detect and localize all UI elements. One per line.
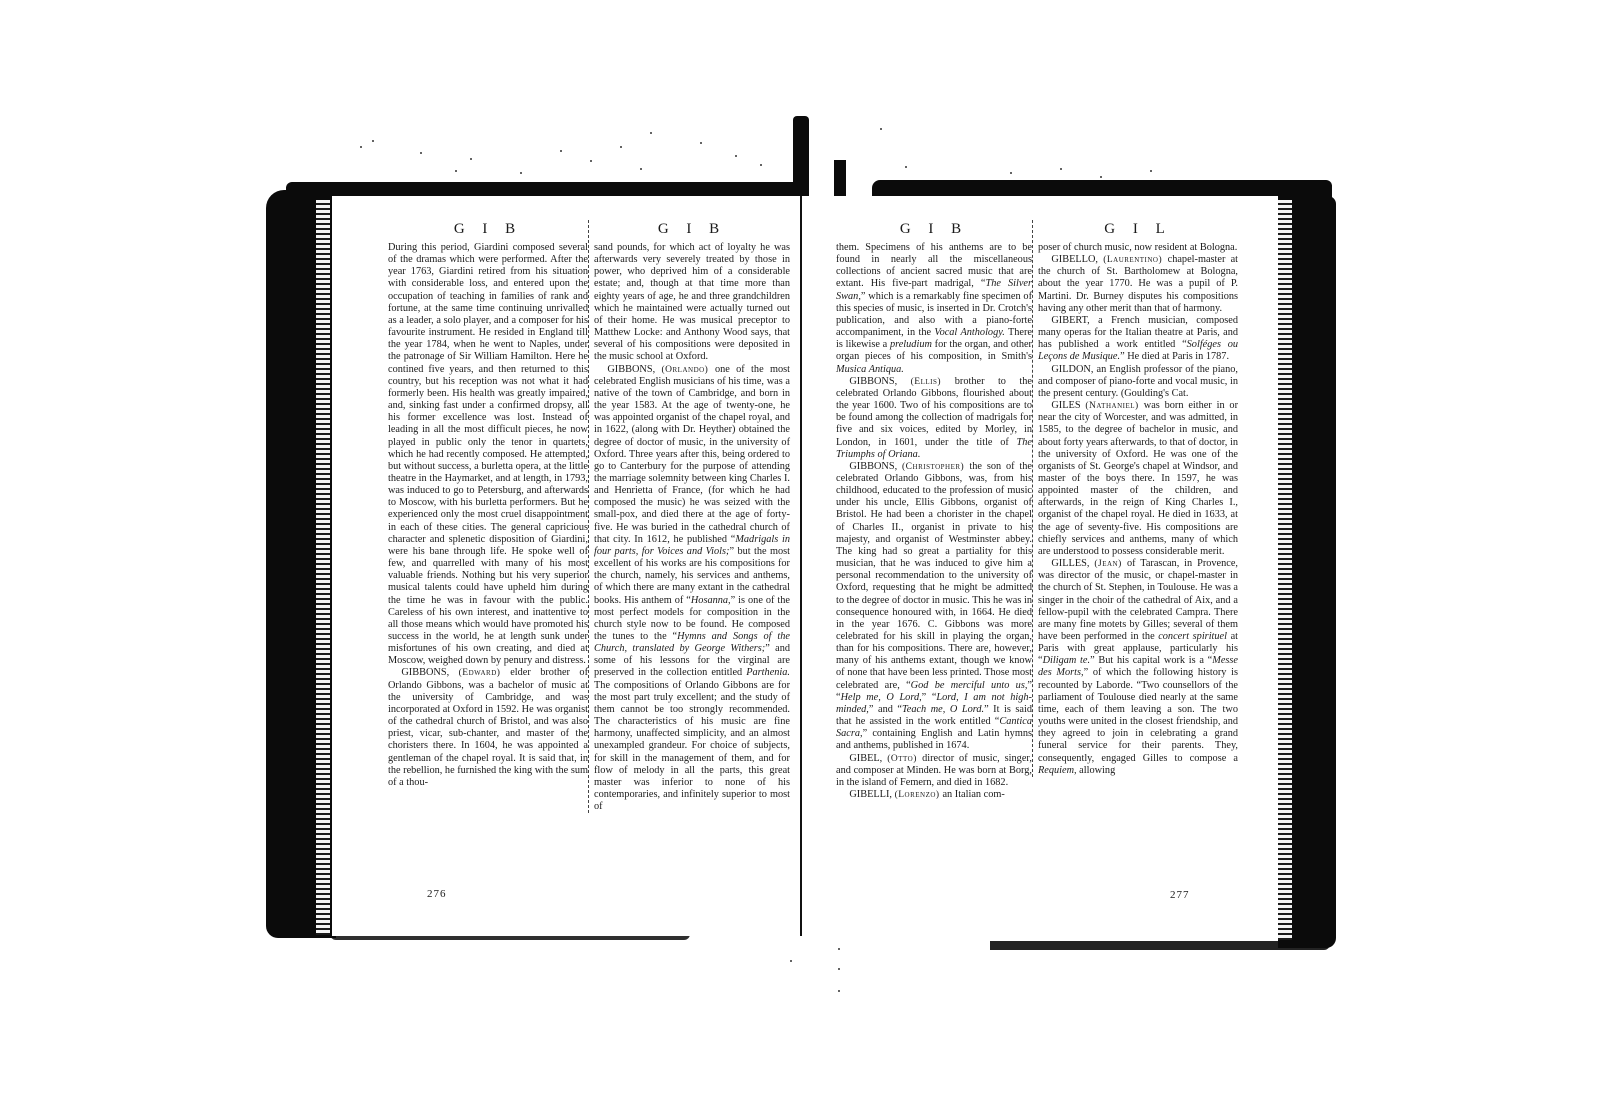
entry-forename: (Orlando) [661, 365, 714, 375]
left-page-stack [316, 200, 330, 935]
entry-name: GIBBONS, [849, 461, 902, 472]
spine-bookmark-right [834, 160, 846, 196]
entry-forename: (Edward) [459, 668, 511, 678]
scan-speckle [455, 170, 457, 172]
scan-speckle [620, 146, 622, 148]
entry-name: GILES [1051, 400, 1085, 411]
scan-speckle [650, 132, 652, 134]
dictionary-entry: GIBBONS, (Christopher) the son of the ce… [836, 461, 1032, 753]
continued-text: them. Specimens of his anthems are to be… [836, 242, 1032, 376]
scan-speckle [880, 128, 882, 130]
continued-text: poser of church music, now resident at B… [1038, 242, 1238, 254]
scan-speckle [1060, 168, 1062, 170]
scan-speckle [560, 150, 562, 152]
left-top-edge [286, 182, 806, 196]
right-page-column-2: G I Lposer of church music, now resident… [1032, 220, 1238, 777]
entry-forename: (Otto) [887, 754, 922, 764]
dictionary-entry: GILDON, an English professor of the pian… [1038, 364, 1238, 400]
dictionary-entry: GIBBONS, (Edward) elder brother of Orlan… [388, 667, 588, 789]
running-header: G I B [388, 220, 588, 238]
scan-speckle [1010, 172, 1012, 174]
scan-speckle [470, 158, 472, 160]
scan-speckle [640, 168, 642, 170]
right-page: G I Bthem. Specimens of his anthems are … [806, 196, 1278, 941]
scan-speckle [838, 968, 840, 970]
entry-forename: (Christopher) [902, 462, 969, 472]
left-page-column-2: G I Bsand pounds, for which act of loyal… [588, 220, 790, 813]
left-page: G I BDuring this period, Giardini compos… [332, 196, 800, 936]
scan-speckle [1100, 176, 1102, 178]
entry-forename: (Laurentino) [1103, 255, 1167, 265]
entry-name: GIBERT, [1051, 315, 1098, 326]
entry-name: GIBELLO, [1051, 254, 1103, 265]
entry-name: GIBELLI, [849, 789, 894, 800]
entry-name: GILDON, [1051, 364, 1096, 375]
scan-speckle [838, 948, 840, 950]
entry-name: GILLES, [1051, 558, 1094, 569]
page-number-left: 276 [427, 888, 447, 900]
running-header: G I B [594, 220, 790, 238]
right-page-column-1: G I Bthem. Specimens of his anthems are … [836, 220, 1032, 801]
scan-speckle [420, 152, 422, 154]
entry-forename: (Ellis) [911, 377, 955, 387]
open-book-scan: G I BDuring this period, Giardini compos… [0, 0, 1600, 1095]
entry-name: GIBEL, [849, 753, 887, 764]
scan-speckle [838, 990, 840, 992]
entry-forename: (Nathaniel) [1085, 401, 1143, 411]
dictionary-entry: GIBEL, (Otto) director of music, singer,… [836, 753, 1032, 789]
running-header: G I L [1038, 220, 1238, 238]
entry-forename: (Jean) [1094, 559, 1127, 569]
right-page-stack [1278, 200, 1292, 940]
scan-speckle [372, 140, 374, 142]
left-page-column-1: G I BDuring this period, Giardini compos… [388, 220, 588, 789]
page-number-right: 277 [1170, 889, 1190, 901]
dictionary-entry: GIBERT, a French musician, composed many… [1038, 315, 1238, 364]
dictionary-entry: GIBELLI, (Lorenzo) an Italian com- [836, 789, 1032, 801]
entry-name: GIBBONS, [607, 364, 661, 375]
dictionary-entry: GIBBONS, (Ellis) brother to the celebrat… [836, 376, 1032, 461]
scan-speckle [1150, 170, 1152, 172]
scan-speckle [790, 960, 792, 962]
entry-forename: (Lorenzo) [895, 790, 943, 800]
scan-speckle [760, 164, 762, 166]
scan-speckle [360, 146, 362, 148]
scan-speckle [905, 166, 907, 168]
scan-speckle [700, 142, 702, 144]
book-gutter [800, 196, 802, 936]
dictionary-entry: GILES (Nathaniel) was born either in or … [1038, 400, 1238, 558]
entry-name: GIBBONS, [401, 667, 458, 678]
dictionary-entry: GIBELLO, (Laurentino) chapel-master at t… [1038, 254, 1238, 315]
continued-text: sand pounds, for which act of loyalty he… [594, 242, 790, 364]
dictionary-entry: GILLES, (Jean) of Tarascan, in Provence,… [1038, 558, 1238, 777]
continued-text: During this period, Giardini composed se… [388, 242, 588, 667]
dictionary-entry: GIBBONS, (Orlando) one of the most celeb… [594, 364, 790, 814]
scan-speckle [735, 155, 737, 157]
scan-speckle [590, 160, 592, 162]
spine-bookmark-left [793, 116, 809, 196]
scan-speckle [520, 172, 522, 174]
running-header: G I B [836, 220, 1032, 238]
entry-name: GIBBONS, [849, 376, 910, 387]
